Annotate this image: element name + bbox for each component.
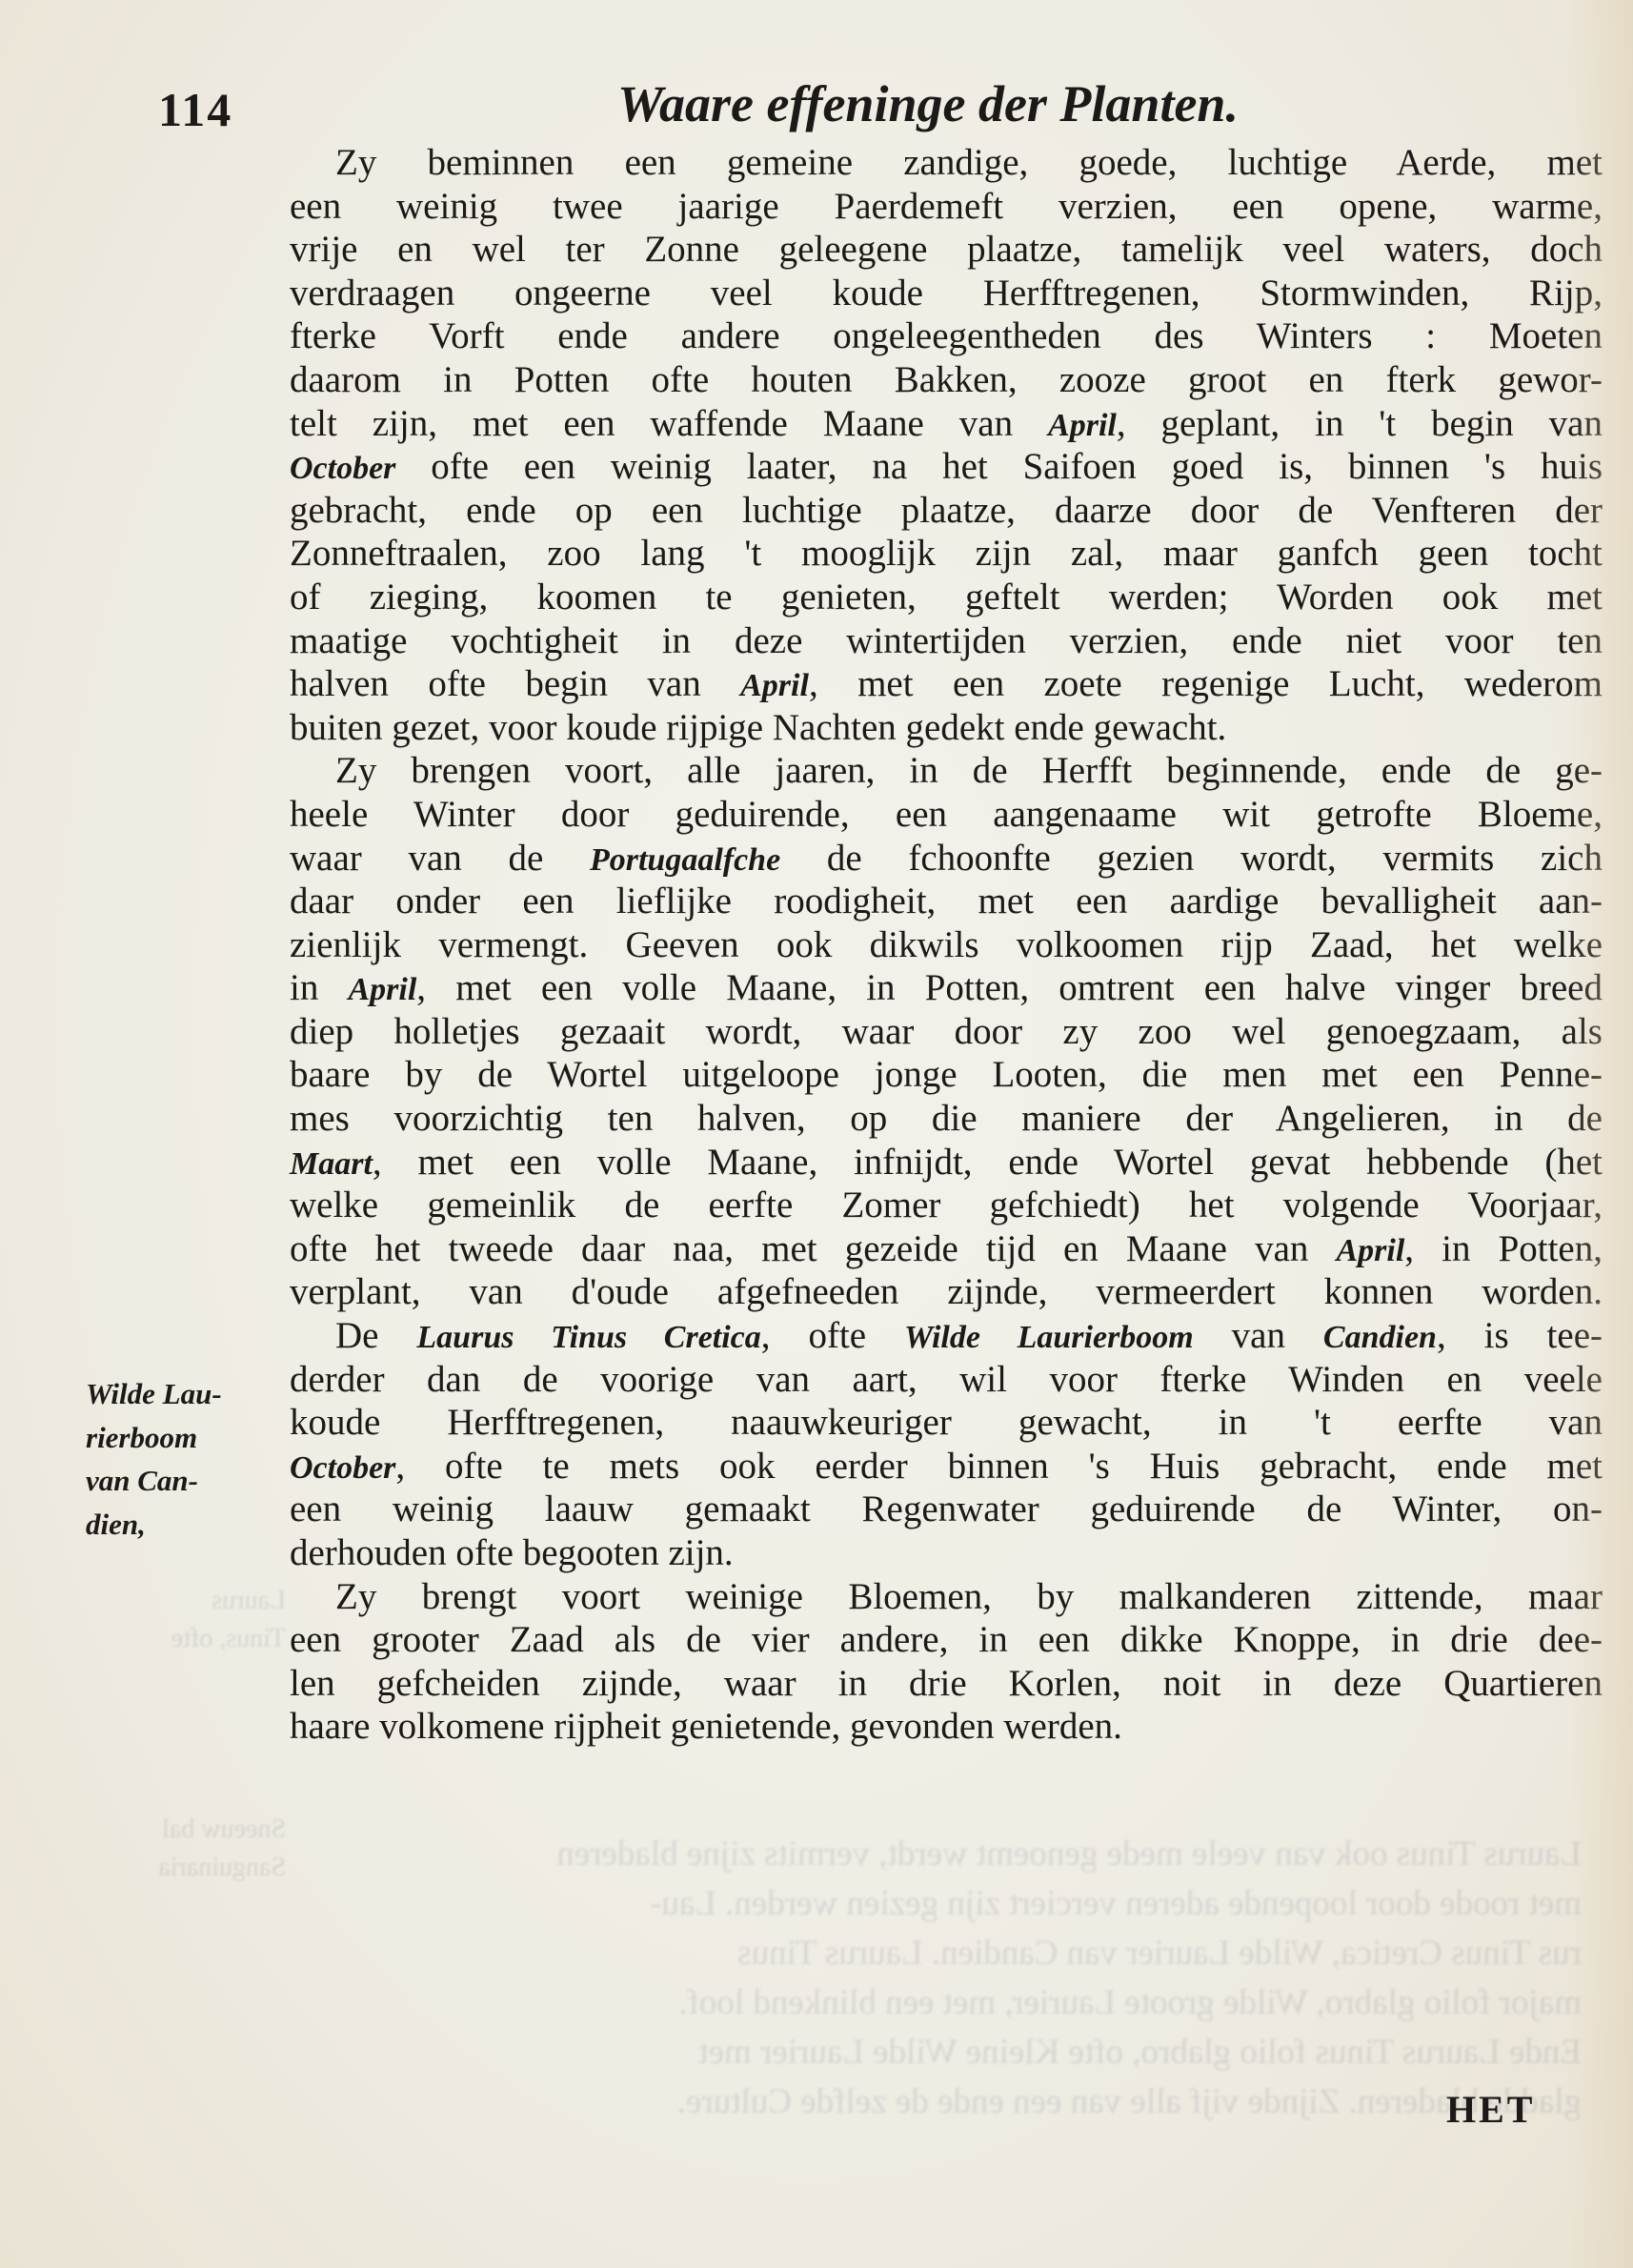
italic-term: Candien	[1323, 1320, 1437, 1355]
italic-term: Laurus Tinus Cretica	[416, 1320, 760, 1355]
text-line: daarom in Potten ofte houten Bakken, zoo…	[290, 358, 1603, 402]
text-line: haare volkomene rijpheit genietende, gev…	[290, 1705, 1603, 1749]
italic-term: Wilde Laurierboom	[904, 1320, 1194, 1355]
paragraph-4: Zy brengt voort weinige Bloemen, by malk…	[290, 1575, 1603, 1749]
text-line: Zy brengen voort, alle jaaren, in de Her…	[290, 749, 1603, 793]
italic-term: October	[290, 451, 395, 486]
italic-term: April	[1048, 408, 1117, 443]
paragraph-1: Zy beminnen een gemeine zandige, goede, …	[290, 141, 1603, 749]
text-line: verplant, van d'oude afgefneeden zijnde,…	[290, 1270, 1603, 1314]
body-text: Zy beminnen een gemeine zandige, goede, …	[290, 141, 1603, 1749]
text-line: Zy beminnen een gemeine zandige, goede, …	[290, 141, 1603, 185]
italic-term: Portugaalfche	[590, 842, 780, 878]
paragraph-3: De Laurus Tinus Cretica, ofte Wilde Laur…	[290, 1314, 1603, 1575]
text-line: Zonneftraalen, zoo lang 't mooglijk zijn…	[290, 532, 1603, 576]
text-line: diep holletjes gezaait wordt, waar door …	[290, 1010, 1603, 1054]
book-page: LaurusTinus, ofte Sneeuw balSanguinaria …	[0, 0, 1633, 2268]
text-line: in April, met een volle Maane, in Potten…	[290, 966, 1603, 1010]
text-line: October, ofte te mets ook eerder binnen …	[290, 1445, 1603, 1488]
bleed-through-text: Laurus Tinus ook van veele mede genoemt …	[76, 1830, 1582, 2127]
text-line: een weinig twee jaarige Paerdemeft verzi…	[290, 185, 1603, 229]
text-line: maatige vochtigheit in deze wintertijden…	[290, 619, 1603, 663]
catchword: HET	[1446, 2087, 1535, 2132]
text-line: Zy brengt voort weinige Bloemen, by malk…	[290, 1575, 1603, 1619]
text-line: len gefcheiden zijnde, waar in drie Korl…	[290, 1662, 1603, 1706]
margin-note-line: van Can-	[86, 1459, 257, 1503]
text-line: waar van de Portugaalfche de fchoonfte g…	[290, 837, 1603, 881]
text-line: derhouden ofte begooten zijn.	[290, 1531, 1603, 1575]
italic-term: April	[1336, 1233, 1404, 1268]
text-line: derder dan de voorige van aart, wil voor…	[290, 1358, 1603, 1402]
margin-note: Wilde Lau- rierboom van Can- dien,	[86, 1372, 257, 1546]
text-line: zienlijk vermengt. Geeven ook dikwils vo…	[290, 923, 1603, 967]
text-line: Maart, met een volle Maane, infnijdt, en…	[290, 1141, 1603, 1185]
text-line: vrije en wel ter Zonne geleegene plaatze…	[290, 228, 1603, 272]
text-line: verdraagen ongeerne veel koude Herfftreg…	[290, 272, 1603, 315]
text-line: een grooter Zaad als de vier andere, in …	[290, 1618, 1603, 1662]
italic-term: October	[290, 1450, 395, 1486]
text-line: De Laurus Tinus Cretica, ofte Wilde Laur…	[290, 1314, 1603, 1358]
text-line: daar onder een lieflijke roodigheit, met…	[290, 880, 1603, 923]
italic-term: April	[740, 668, 809, 703]
running-title: Waare effeninge der Planten.	[617, 74, 1239, 133]
text-line: mes voorzichtig ten halven, op die manie…	[290, 1097, 1603, 1141]
text-line: halven ofte begin van April, met een zoe…	[290, 662, 1603, 706]
italic-term: Maart	[290, 1146, 373, 1182]
text-line: October ofte een weinig laater, na het S…	[290, 445, 1603, 489]
page-number: 114	[158, 82, 232, 137]
text-line: buiten gezet, voor koude rijpige Nachten…	[290, 706, 1603, 750]
margin-note-line: dien,	[86, 1503, 257, 1547]
text-line: koude Herfftregenen, naauwkeuriger gewac…	[290, 1401, 1603, 1445]
italic-term: April	[348, 972, 416, 1007]
margin-note-line: Wilde Lau-	[86, 1372, 257, 1416]
text-line: een weinig laauw gemaakt Regenwater gedu…	[290, 1488, 1603, 1531]
text-line: gebracht, ende op een luchtige plaatze, …	[290, 489, 1603, 533]
text-line: ofte het tweede daar naa, met gezeide ti…	[290, 1227, 1603, 1271]
bleed-through-margin: LaurusTinus, ofte Sneeuw balSanguinaria	[76, 1582, 286, 1887]
text-line: fterke Vorft ende andere ongeleegenthede…	[290, 314, 1603, 358]
text-line: welke gemeinlik de eerfte Zomer gefchied…	[290, 1184, 1603, 1227]
paragraph-2: Zy brengen voort, alle jaaren, in de Her…	[290, 749, 1603, 1314]
text-line: telt zijn, met een waffende Maane van Ap…	[290, 402, 1603, 446]
text-line: heele Winter door geduirende, een aangen…	[290, 793, 1603, 837]
text-line: baare by de Wortel uitgeloope jonge Loot…	[290, 1053, 1603, 1097]
text-line: of zieging, koomen te genieten, geftelt …	[290, 576, 1603, 619]
running-head: 114 Waare effeninge der Planten.	[152, 74, 1296, 141]
margin-note-line: rierboom	[86, 1416, 257, 1460]
